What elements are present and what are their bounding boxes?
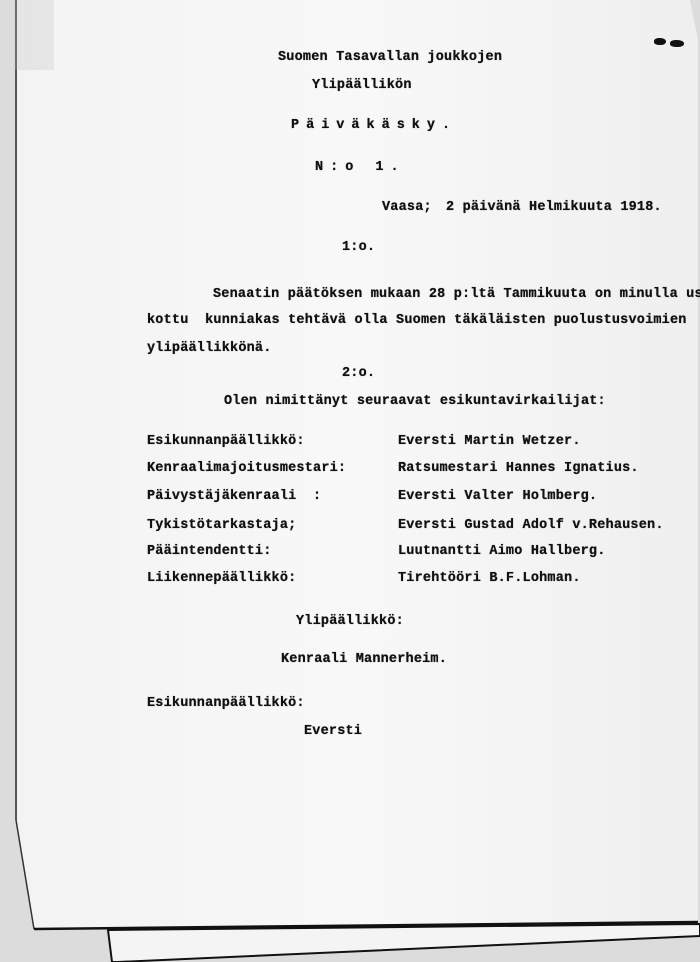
document-number: N:o 1. [315, 160, 406, 175]
appointment-person: Eversti Martin Wetzer. [398, 434, 581, 449]
section-1-line-1: Senaatin päätöksen mukaan 28 p:ltä Tammi… [213, 287, 700, 302]
appointment-position: Esikunnanpäällikkö: [147, 434, 305, 449]
appointment-position: Kenraalimajoitusmestari: [147, 461, 346, 476]
appointment-person: Eversti Valter Holmberg. [398, 489, 597, 504]
ink-mark [670, 40, 684, 47]
appointment-person: Luutnantti Aimo Hallberg. [398, 544, 606, 559]
appointment-position: Pääintendentti: [147, 544, 272, 559]
section-2-intro: Olen nimittänyt seuraavat esikuntavirkai… [224, 394, 606, 409]
section-1-label: 1:o. [342, 240, 375, 255]
appointment-person: Ratsumestari Hannes Ignatius. [398, 461, 639, 476]
appointment-person: Eversti Gustad Adolf v.Rehausen. [398, 518, 664, 533]
appointment-position: Liikennepäällikkö: [147, 571, 296, 586]
appointment-position: Tykistötarkastaja; [147, 518, 296, 533]
section-1-line-3: ylipäällikkönä. [147, 341, 272, 356]
commander-title: Ylipäällikkö: [296, 614, 404, 629]
section-2-label: 2:o. [342, 366, 375, 381]
date: 2 päivänä Helmikuuta 1918. [446, 200, 662, 215]
ink-mark [654, 38, 666, 45]
heading-line-1: Suomen Tasavallan joukkojen [278, 50, 502, 65]
document-title: Päiväkäsky. [291, 118, 457, 133]
appointment-position: Päivystäjäkenraali : [147, 489, 321, 504]
chief-of-staff-title: Esikunnanpäällikkö: [147, 696, 305, 711]
section-1-line-2: kottu kunniakas tehtävä olla Suomen täkä… [147, 313, 687, 328]
heading-line-2: Ylipäällikön [312, 78, 412, 93]
paper-sheet [0, 0, 700, 962]
chief-of-staff-rank: Eversti [304, 724, 362, 739]
place: Vaasa; [382, 200, 432, 215]
appointment-person: Tirehtööri B.F.Lohman. [398, 571, 581, 586]
commander-name: Kenraali Mannerheim. [281, 652, 447, 667]
